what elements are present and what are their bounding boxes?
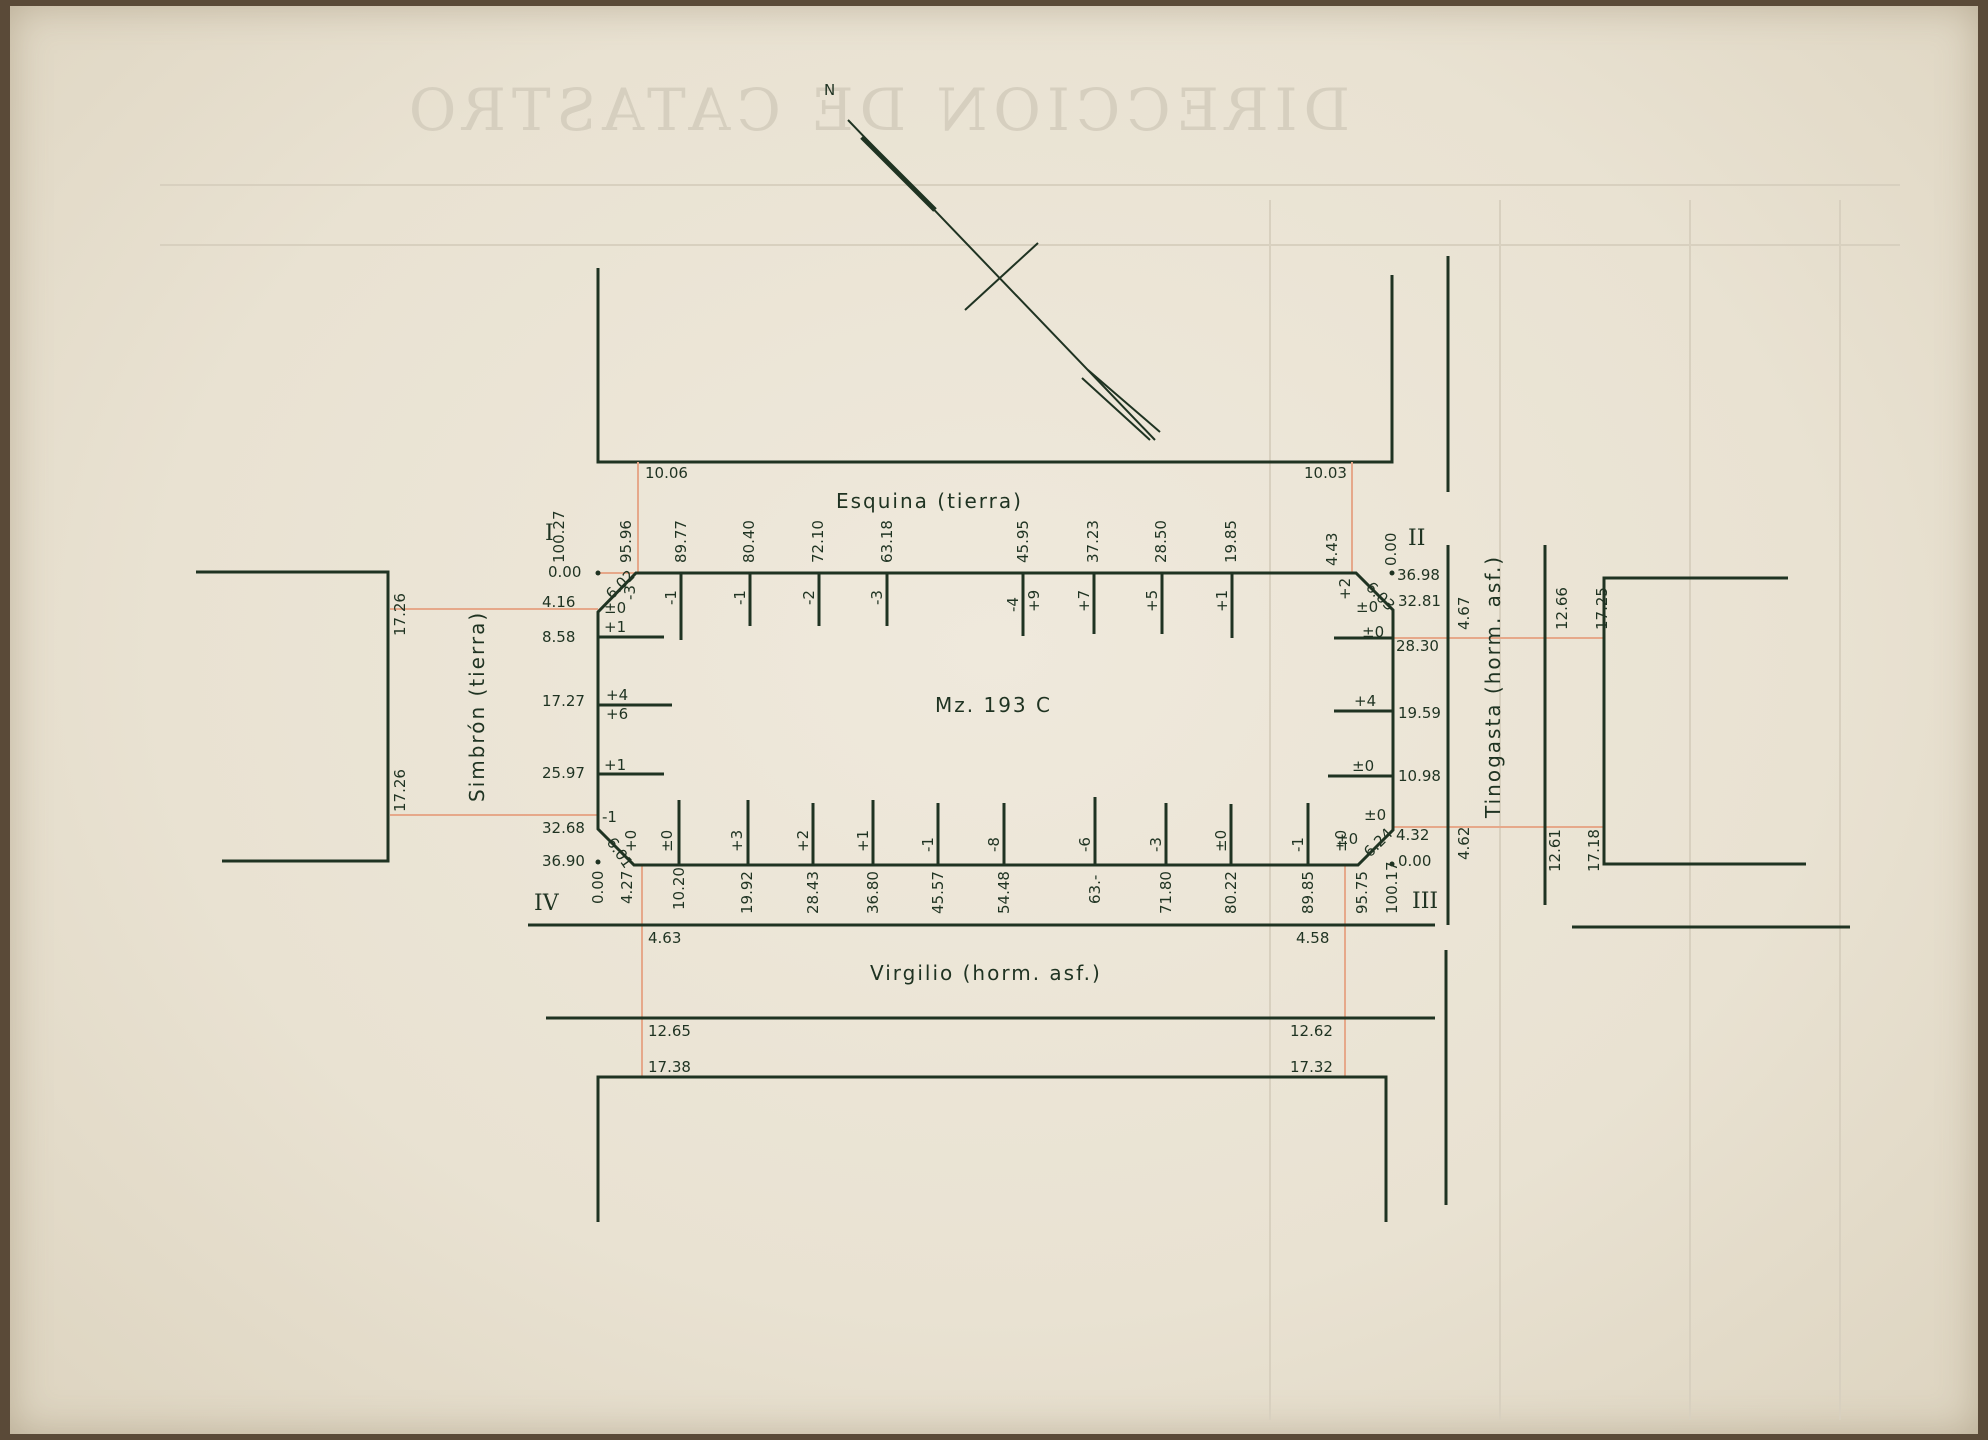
svg-text:28.43: 28.43 (804, 871, 822, 914)
svg-text:0.00: 0.00 (589, 871, 607, 904)
block-label: Mz. 193 C (935, 693, 1052, 717)
svg-text:95.96: 95.96 (617, 520, 635, 563)
svg-text:4.32: 4.32 (1396, 826, 1429, 844)
svg-text:28.30: 28.30 (1396, 637, 1439, 655)
east-distances: 36.98 32.81 28.30 19.59 10.98 4.32 0.00 (1390, 566, 1441, 870)
svg-text:+4: +4 (606, 686, 628, 704)
svg-text:+1: +1 (604, 618, 626, 636)
svg-text:+9: +9 (1025, 590, 1043, 612)
svg-text:+1: +1 (604, 756, 626, 774)
svg-text:N: N (824, 81, 835, 99)
street-width-north-left: 10.06 (645, 464, 688, 482)
svg-text:-1: -1 (919, 837, 937, 852)
svg-text:8.58: 8.58 (542, 628, 575, 646)
svg-text:32.81: 32.81 (1398, 592, 1441, 610)
street-label-esquina: Esquina (tierra) (836, 489, 1023, 513)
svg-text:±0: ±0 (604, 599, 626, 617)
svg-text:+5: +5 (1143, 590, 1161, 612)
corner-label-IV: IV (534, 891, 560, 916)
svg-text:±0: ±0 (1336, 830, 1358, 848)
svg-text:25.97: 25.97 (542, 764, 585, 782)
north-block-outline (598, 268, 1392, 462)
svg-text:36.90: 36.90 (542, 852, 585, 870)
south-frontage-distances: 0.00 4.27 10.20 19.92 28.43 36.80 45.57 … (589, 862, 1401, 915)
svg-text:63.18: 63.18 (878, 520, 896, 563)
svg-text:-6: -6 (1076, 837, 1094, 852)
svg-text:+3: +3 (728, 830, 746, 852)
svg-text:10.98: 10.98 (1398, 767, 1441, 785)
svg-text:+7: +7 (1075, 590, 1093, 612)
svg-text:0.00: 0.00 (548, 563, 581, 581)
svg-text:+4: +4 (1354, 692, 1376, 710)
svg-text:4.58: 4.58 (1296, 929, 1329, 947)
street-label-simbron: Simbrón (tierra) (465, 611, 489, 802)
svg-text:-3: -3 (868, 590, 886, 605)
south-block-outline (598, 1077, 1386, 1222)
svg-text:-1: -1 (662, 590, 680, 605)
cadastral-plan: DIRECCION DE CATASTRO N 10.06 10.03 Esqu… (0, 0, 1988, 1440)
svg-text:+2: +2 (794, 830, 812, 852)
svg-text:0.00: 0.00 (1398, 852, 1431, 870)
svg-text:100.27: 100.27 (550, 511, 568, 564)
svg-text:17.32: 17.32 (1290, 1058, 1333, 1076)
svg-text:12.62: 12.62 (1290, 1022, 1333, 1040)
svg-text:19.85: 19.85 (1222, 520, 1240, 563)
east-street-widths: 4.67 12.66 17.25 4.62 12.61 17.18 (1455, 587, 1611, 872)
svg-text:+1: +1 (1213, 590, 1231, 612)
street-label-tinogasta: Tinogasta (horm. asf.) (1481, 555, 1505, 819)
svg-text:±0: ±0 (1352, 757, 1374, 775)
svg-text:100.17: 100.17 (1383, 862, 1401, 915)
svg-text:12.65: 12.65 (648, 1022, 691, 1040)
svg-text:10.20: 10.20 (670, 867, 688, 910)
svg-text:±0: ±0 (1362, 623, 1384, 641)
svg-text:80.22: 80.22 (1222, 871, 1240, 914)
svg-text:17.18: 17.18 (1585, 829, 1603, 872)
street-width-north-right: 10.03 (1304, 464, 1347, 482)
svg-text:12.61: 12.61 (1546, 829, 1564, 872)
svg-text:4.16: 4.16 (542, 593, 575, 611)
svg-text:4.62: 4.62 (1455, 827, 1473, 860)
svg-text:32.68: 32.68 (542, 819, 585, 837)
svg-text:95.75: 95.75 (1353, 871, 1371, 914)
svg-text:±0: ±0 (1364, 806, 1386, 824)
east-block-outline (1604, 578, 1806, 864)
svg-text:-3: -3 (1147, 837, 1165, 852)
svg-text:4.27: 4.27 (618, 871, 636, 904)
svg-text:54.48: 54.48 (995, 871, 1013, 914)
svg-text:36.80: 36.80 (864, 871, 882, 914)
west-block-outline (196, 572, 388, 861)
svg-text:17.27: 17.27 (542, 692, 585, 710)
street-width-west-top: 17.26 (391, 593, 409, 636)
svg-text:37.23: 37.23 (1084, 520, 1102, 563)
svg-text:-8: -8 (985, 837, 1003, 852)
svg-text:89.85: 89.85 (1299, 871, 1317, 914)
paper-show-through: DIRECCION DE CATASTRO (160, 76, 1900, 1420)
svg-text:-2: -2 (800, 590, 818, 605)
svg-text:80.40: 80.40 (740, 520, 758, 563)
svg-text:-4: -4 (1004, 597, 1022, 612)
south-level-marks: +0 ±0 +3 +2 +1 -1 -8 -6 -3 ±0 -1 ±0 (622, 830, 1358, 852)
svg-text:±0: ±0 (1356, 598, 1378, 616)
svg-text:-1: -1 (602, 808, 617, 826)
svg-text:63.-: 63.- (1086, 875, 1104, 904)
svg-text:19.59: 19.59 (1398, 704, 1441, 722)
svg-text:45.95: 45.95 (1014, 520, 1032, 563)
corner-label-III: III (1412, 889, 1438, 914)
mirrored-watermark: DIRECCION DE CATASTRO (403, 76, 1350, 144)
svg-text:12.66: 12.66 (1553, 587, 1571, 630)
svg-text:19.92: 19.92 (738, 871, 756, 914)
svg-text:36.98: 36.98 (1397, 566, 1440, 584)
svg-text:+2: +2 (1336, 578, 1354, 600)
corner-label-II: II (1408, 526, 1425, 551)
svg-text:-1: -1 (731, 590, 749, 605)
svg-text:±0: ±0 (1212, 830, 1230, 852)
svg-text:72.10: 72.10 (809, 520, 827, 563)
street-width-west-bottom: 17.26 (391, 769, 409, 812)
svg-text:-1: -1 (1289, 837, 1307, 852)
block-mz-193c-outline (598, 573, 1393, 865)
svg-text:+1: +1 (854, 830, 872, 852)
north-frontage-distances: 100.27 95.96 89.77 80.40 72.10 63.18 45.… (550, 511, 1400, 567)
svg-text:±0: ±0 (658, 830, 676, 852)
svg-text:+6: +6 (606, 705, 628, 723)
svg-text:4.43: 4.43 (1323, 533, 1341, 566)
svg-text:28.50: 28.50 (1152, 520, 1170, 563)
svg-text:17.38: 17.38 (648, 1058, 691, 1076)
svg-text:89.77: 89.77 (672, 520, 690, 563)
svg-text:17.25: 17.25 (1593, 587, 1611, 630)
street-label-virgilio: Virgilio (horm. asf.) (870, 961, 1102, 985)
svg-text:4.63: 4.63 (648, 929, 681, 947)
svg-text:4.67: 4.67 (1455, 597, 1473, 630)
svg-text:71.80: 71.80 (1157, 871, 1175, 914)
svg-text:45.57: 45.57 (929, 871, 947, 914)
svg-text:+0: +0 (622, 830, 640, 852)
svg-text:0.00: 0.00 (1382, 533, 1400, 566)
south-street-widths: 4.63 12.65 17.38 4.58 12.62 17.32 (648, 929, 1333, 1076)
